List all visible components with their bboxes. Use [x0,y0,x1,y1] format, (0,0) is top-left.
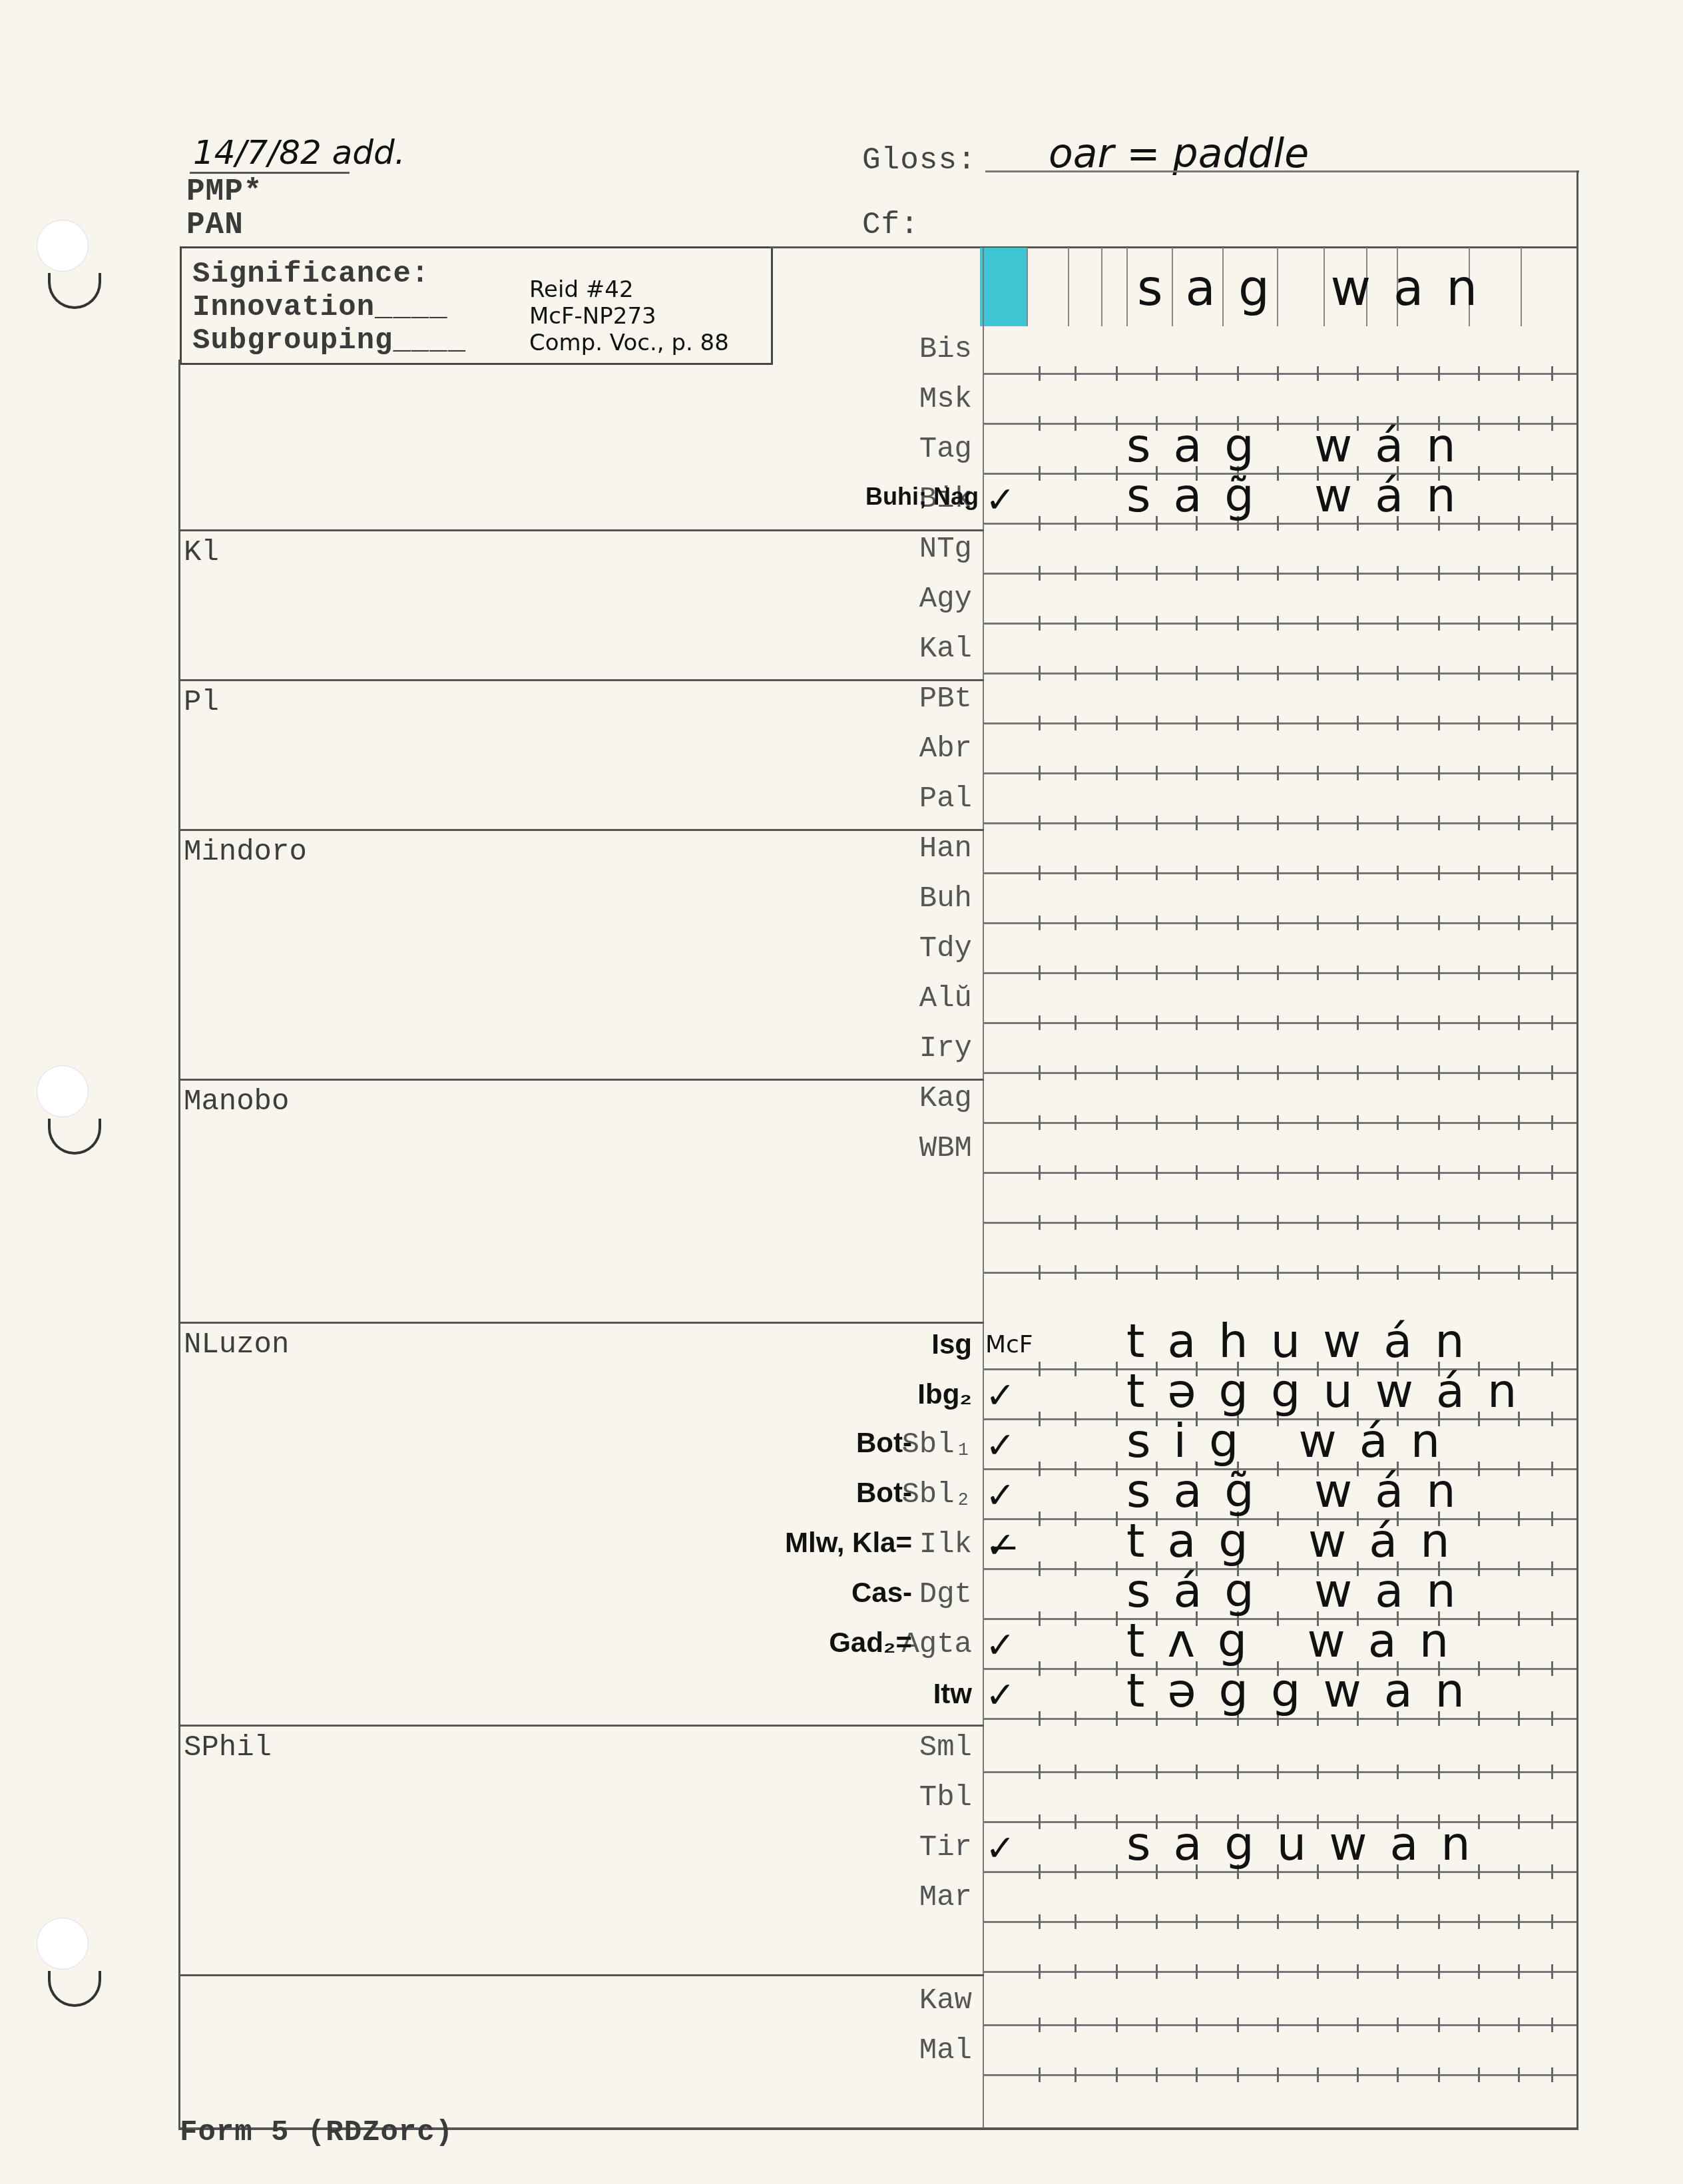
tick-mark [1397,916,1399,930]
tick-mark [1156,366,1158,381]
tick-mark [1116,1362,1118,1376]
tick-mark [1237,616,1239,631]
tick-mark [1039,616,1041,631]
entry-line [984,872,1576,874]
tick-mark [1397,965,1399,980]
tick-mark [1551,1814,1553,1829]
tick-mark [1357,816,1359,830]
tick-mark [1277,1265,1279,1280]
tick-mark [1551,1914,1553,1929]
tick-mark [1478,666,1480,681]
tick-mark [1397,566,1399,581]
tick-mark [1478,1215,1480,1230]
tick-mark [1116,1412,1118,1426]
tick-mark [1357,1115,1359,1130]
tick-mark [1317,1115,1319,1130]
tick-mark [1075,1215,1077,1230]
tick-mark [1357,1065,1359,1080]
language-label: Han [772,832,972,866]
tick-mark [1478,816,1480,830]
tick-mark [1438,1065,1440,1080]
tick-mark [1277,366,1279,381]
tick-mark [1478,766,1480,780]
tick-mark [1317,1964,1319,1979]
check-icon: ✓ [985,1374,1015,1416]
language-label: Ibg₂ [772,1378,972,1410]
language-label: WBM [772,1132,972,1165]
tick-mark [1277,1115,1279,1130]
tick-mark [1551,466,1553,481]
tick-mark [1551,1462,1553,1476]
entry-line [984,373,1576,375]
gloss-line [985,170,1579,172]
tick-mark [1039,1362,1041,1376]
entry-line [984,1921,1576,1923]
reconstruction-form[interactable]: sag wan [1137,260,1500,317]
tick-mark [1438,366,1440,381]
section-divider [178,1079,984,1081]
tick-mark [1075,1661,1077,1676]
tick-mark [1039,1814,1041,1829]
tick-mark [1518,1065,1520,1080]
tick-mark [1156,1165,1158,1180]
section-divider [178,1725,984,1727]
tick-mark [1397,2067,1399,2082]
tick-mark [1196,766,1198,780]
cognate-form[interactable]: saguwan [1126,1816,1493,1871]
tick-mark [1196,1015,1198,1030]
tick-mark [1075,1165,1077,1180]
tick-mark [1438,816,1440,830]
tick-mark [1039,716,1041,730]
tick-mark [1397,866,1399,880]
tick-mark [1116,1711,1118,1726]
tick-mark [1551,1015,1553,1030]
language-label: Tir [772,1831,972,1864]
tick-mark [1237,1964,1239,1979]
tick-mark [1277,1964,1279,1979]
tick-mark [1039,1065,1041,1080]
section-divider [178,1974,984,1976]
tick-mark [1397,1765,1399,1779]
tick-mark [1518,1511,1520,1526]
tick-mark [1075,1765,1077,1779]
tick-mark [1156,666,1158,681]
tick-mark [1196,816,1198,830]
tick-mark [1518,1165,1520,1180]
tick-mark [1116,766,1118,780]
tick-mark [1518,1462,1520,1476]
tick-mark [1317,866,1319,880]
tick-mark [1039,1561,1041,1576]
tick-mark [1478,1265,1480,1280]
section-label: Mindoro [184,836,307,869]
reconstruction-cell [1521,248,1522,326]
cognate-form[interactable]: tag wán [1126,1513,1473,1568]
tick-mark [1156,716,1158,730]
tick-mark [1518,1215,1520,1230]
tick-mark [1357,1914,1359,1929]
tick-mark [1317,666,1319,681]
tick-mark [1156,866,1158,880]
entry-line [984,722,1576,724]
language-label: Msk [772,383,972,416]
cognate-form[interactable]: təgguwán [1126,1364,1539,1418]
language-label: Kaw [772,1984,972,2018]
tick-mark [1551,2067,1553,2082]
tick-mark [1438,716,1440,730]
tick-mark [1551,766,1553,780]
entry-line [984,1771,1576,1773]
tick-mark [1357,616,1359,631]
tick-mark [1317,766,1319,780]
tick-mark [1075,1265,1077,1280]
binder-hole-shadow [48,1119,101,1155]
cognate-form[interactable]: sag̃ wán [1126,468,1479,523]
tick-mark [1116,916,1118,930]
tick-mark [1156,965,1158,980]
tick-mark [1196,1115,1198,1130]
tick-mark [1277,1015,1279,1030]
cognate-form[interactable]: təggwan [1126,1663,1487,1718]
tick-mark [1075,1914,1077,1929]
tick-mark [1116,1611,1118,1626]
tick-mark [1397,2018,1399,2032]
tick-mark [1551,616,1553,631]
tick-mark [1196,666,1198,681]
tick-mark [1075,2067,1077,2082]
tick-mark [1116,466,1118,481]
tick-mark [1518,965,1520,980]
binder-hole [37,220,89,272]
tick-mark [1277,916,1279,930]
tick-mark [1237,566,1239,581]
tick-mark [1397,816,1399,830]
tick-mark [1438,965,1440,980]
tick-mark [1357,1015,1359,1030]
tick-mark [1075,366,1077,381]
tick-mark [1039,416,1041,431]
binder-hole-shadow [48,273,101,309]
date-note: 14/7/82 add. [193,133,405,172]
tick-mark [1551,1362,1553,1376]
tick-mark [1277,866,1279,880]
entry-line [984,772,1576,774]
tick-mark [1075,1462,1077,1476]
tick-mark [1039,1711,1041,1726]
tick-mark [1438,916,1440,930]
check-icon: ✓ [985,479,1015,521]
tick-mark [1156,1065,1158,1080]
tick-mark [1478,1115,1480,1130]
tick-mark [1438,1215,1440,1230]
tick-mark [1075,1412,1077,1426]
tick-mark [1478,1015,1480,1030]
tick-mark [1551,965,1553,980]
tick-mark [1075,716,1077,730]
tick-mark [1357,1215,1359,1230]
entry-line [984,1022,1576,1024]
binder-hole [37,1918,89,1970]
tick-mark [1196,916,1198,930]
cognate-form[interactable]: sag̃ wán [1126,1464,1479,1518]
tick-mark [1237,716,1239,730]
tick-mark [1039,2067,1041,2082]
tick-mark [1551,416,1553,431]
tick-mark [1551,1661,1553,1676]
tick-mark [1075,666,1077,681]
cognate-form[interactable]: tahuwán [1126,1314,1487,1368]
tick-mark [1116,2067,1118,2082]
section-label: SPhil [184,1731,272,1765]
tick-mark [1357,1165,1359,1180]
tick-mark [1357,566,1359,581]
tick-mark [1518,1611,1520,1626]
tick-mark [1039,1215,1041,1230]
tick-mark [1237,1914,1239,1929]
tick-mark [1357,716,1359,730]
tick-mark [1039,516,1041,531]
tick-mark [1518,1765,1520,1779]
binder-hole-shadow [48,1971,101,2007]
tick-mark [1518,1015,1520,1030]
tick-mark [1478,1765,1480,1779]
tick-mark [1551,916,1553,930]
tick-mark [1518,516,1520,531]
tick-mark [1317,366,1319,381]
tick-mark [1397,716,1399,730]
tick-mark [1518,716,1520,730]
tick-mark [1317,1265,1319,1280]
tick-mark [1317,2067,1319,2082]
tick-mark [1237,666,1239,681]
tick-mark [1116,1462,1118,1476]
tick-mark [1039,816,1041,830]
tick-mark [1438,1015,1440,1030]
tick-mark [1438,1765,1440,1779]
tick-mark [1518,466,1520,481]
tick-mark [1357,666,1359,681]
reconstruction-cell [1027,248,1028,326]
cognate-form[interactable]: sig wán [1126,1414,1463,1468]
tick-mark [1317,1914,1319,1929]
tick-mark [1039,866,1041,880]
tick-mark [1075,616,1077,631]
tick-mark [1518,1711,1520,1726]
tick-mark [1116,1864,1118,1879]
tick-mark [1357,965,1359,980]
cognate-form[interactable]: ság wan [1126,1563,1479,1618]
tick-mark [1075,1611,1077,1626]
entry-line [984,1072,1576,1074]
tick-mark [1039,1611,1041,1626]
tick-mark [1196,1165,1198,1180]
tick-mark [1277,616,1279,631]
entry-line [984,922,1576,924]
tick-mark [1075,1362,1077,1376]
tick-mark [1551,1765,1553,1779]
language-label: Kal [772,633,972,666]
tick-mark [1277,1215,1279,1230]
language-label: Pal [772,782,972,816]
tick-mark [1397,616,1399,631]
ref-mcf: McF-NP273 [529,303,656,330]
language-label: Bis [772,333,972,366]
significance-title: Significance: [192,258,429,291]
tick-mark [1357,1265,1359,1280]
tick-mark [1116,1511,1118,1526]
tick-mark [1196,1215,1198,1230]
tick-mark [1438,1265,1440,1280]
language-label: Kag [772,1082,972,1115]
entry-line [984,2024,1576,2026]
tick-mark [1518,1265,1520,1280]
language-prefix: Bot- [856,1477,912,1509]
tick-mark [1116,866,1118,880]
tick-mark [1196,866,1198,880]
tick-mark [1551,1412,1553,1426]
tick-mark [1551,516,1553,531]
tick-mark [1075,416,1077,431]
tick-mark [1156,2067,1158,2082]
tick-mark [1196,616,1198,631]
tick-mark [1551,2018,1553,2032]
tick-mark [1317,1015,1319,1030]
tick-mark [1039,1165,1041,1180]
tick-mark [1039,1661,1041,1676]
entry-line [984,1272,1576,1274]
tick-mark [1116,1065,1118,1080]
tick-mark [1478,2018,1480,2032]
tick-mark [1438,1964,1440,1979]
tick-mark [1156,1964,1158,1979]
ref-reid: Reid #42 [529,276,634,303]
tick-mark [1039,1412,1041,1426]
tick-mark [1357,766,1359,780]
tick-mark [1039,766,1041,780]
tick-mark [1116,1165,1118,1180]
tick-mark [1116,1265,1118,1280]
tick-mark [1196,2018,1198,2032]
language-label: Tdy [772,932,972,965]
tick-mark [1116,2018,1118,2032]
source-note: McF [985,1331,1033,1358]
cf-label: Cf: [862,208,919,242]
tick-mark [1438,1115,1440,1130]
tick-mark [1156,1265,1158,1280]
tick-mark [1237,866,1239,880]
highlight-swatch [980,248,1027,326]
entry-line [984,1172,1576,1174]
tick-mark [1116,1115,1118,1130]
tick-mark [1397,1015,1399,1030]
language-label: Tag [772,433,972,466]
section-divider [178,529,984,531]
ref-compvoc: Comp. Voc., p. 88 [529,330,729,356]
tick-mark [1237,816,1239,830]
entry-line [984,1971,1576,1973]
tick-mark [1075,1015,1077,1030]
tick-mark [1518,816,1520,830]
tick-mark [1277,1065,1279,1080]
tick-mark [1397,666,1399,681]
tick-mark [1438,866,1440,880]
tick-mark [1518,666,1520,681]
language-label: Itw [772,1678,972,1710]
tick-mark [1438,566,1440,581]
tick-mark [1156,816,1158,830]
tick-mark [1551,1561,1553,1576]
tick-mark [1277,965,1279,980]
tick-mark [1156,916,1158,930]
tick-mark [1237,2018,1239,2032]
language-label: PBt [772,682,972,716]
tick-mark [1438,1165,1440,1180]
tick-mark [1039,666,1041,681]
reconstruction-cell [1068,248,1069,326]
entry-line [984,822,1576,824]
tick-mark [1277,1914,1279,1929]
tick-mark [1116,816,1118,830]
tick-mark [1438,766,1440,780]
tick-mark [1277,2067,1279,2082]
cognate-form[interactable]: tʌg wan [1126,1613,1471,1668]
cognate-form[interactable]: sag wán [1126,418,1479,473]
tick-mark [1116,716,1118,730]
tick-mark [1237,1265,1239,1280]
tick-mark [1551,1964,1553,1979]
tick-mark [1551,1711,1553,1726]
tick-mark [1397,366,1399,381]
tick-mark [1478,1914,1480,1929]
form-label: Form 5 (RDZorc) [180,2116,453,2149]
tick-mark [1039,1265,1041,1280]
tick-mark [1518,416,1520,431]
language-label: Iry [772,1032,972,1065]
tick-mark [1237,766,1239,780]
tick-mark [1237,366,1239,381]
tick-mark [1438,2067,1440,2082]
tick-mark [1075,1561,1077,1576]
tick-mark [1156,1914,1158,1929]
tick-mark [1196,965,1198,980]
tick-mark [1478,566,1480,581]
tick-mark [1518,1914,1520,1929]
entry-line [984,523,1576,525]
section-label: Kl [184,536,219,569]
binder-hole [37,1065,89,1117]
tick-mark [1116,616,1118,631]
tick-mark [1551,1065,1553,1080]
tick-mark [1397,1964,1399,1979]
tick-mark [1317,566,1319,581]
tick-mark [1075,1711,1077,1726]
section-divider [178,679,984,681]
tick-mark [1317,1215,1319,1230]
tick-mark [1551,866,1553,880]
tick-mark [1156,766,1158,780]
section-divider [178,1322,984,1324]
entry-line [984,1122,1576,1124]
tick-mark [1116,416,1118,431]
tick-mark [1039,965,1041,980]
tick-mark [1317,1765,1319,1779]
tick-mark [1075,566,1077,581]
tick-mark [1039,466,1041,481]
tick-mark [1478,2067,1480,2082]
tick-mark [1438,666,1440,681]
entry-line [984,1718,1576,1720]
